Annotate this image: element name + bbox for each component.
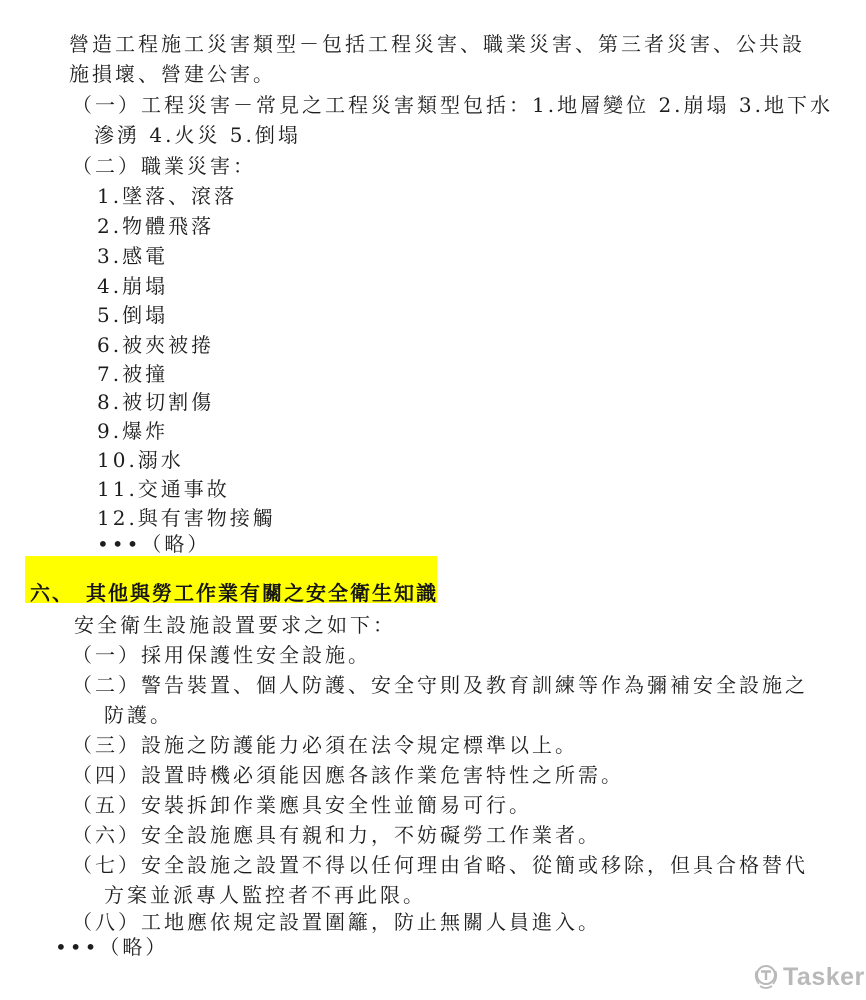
- intro-line-2: 施損壞、營建公害。: [69, 63, 276, 86]
- rule-line: （七）安全設施之設置不得以任何理由省略、從簡或移除，但具合格替代: [72, 854, 808, 877]
- highlighted-heading-block: 六、 其他與勞工作業有關之安全衛生知識: [25, 556, 437, 603]
- rule-line: （三）設施之防護能力必須在法令規定標準以上。: [72, 734, 578, 757]
- hazard-item: 1.墜落、滾落: [97, 185, 237, 208]
- document-page: 營造工程施工災害類型－包括工程災害、職業災害、第三者災害、公共設 施損壞、營建公…: [0, 0, 866, 1000]
- safety-facility-intro: 安全衛生設施設置要求之如下：: [74, 614, 396, 637]
- rule-line-continuation: 防護。: [104, 704, 173, 727]
- rule-line: （二）警告裝置、個人防護、安全守則及教育訓練等作為彌補安全設施之: [72, 674, 808, 697]
- hazard-item: 3.感電: [97, 245, 168, 268]
- occupational-disaster-label: （二）職業災害：: [72, 155, 256, 178]
- rule-line-continuation: 方案並派專人監控者不再此限。: [104, 884, 426, 907]
- tasker-watermark: Tasker: [751, 961, 865, 993]
- ellipsis-abbreviation: •••（略）: [97, 533, 210, 556]
- rule-line: （八）工地應依規定設置圍籬，防止無關人員進入。: [72, 911, 601, 934]
- hazard-item: 5.倒塌: [97, 304, 168, 327]
- hazard-item: 6.被夾被捲: [97, 334, 214, 357]
- rule-line: （六）安全設施應具有親和力，不妨礙勞工作業者。: [72, 824, 601, 847]
- ellipsis-abbreviation: •••（略）: [55, 936, 168, 959]
- hazard-item: 8.被切割傷: [97, 391, 214, 414]
- rule-line: （一）採用保護性安全設施。: [72, 644, 371, 667]
- hazard-item: 7.被撞: [97, 363, 168, 386]
- section-heading: 六、 其他與勞工作業有關之安全衛生知識: [30, 577, 437, 606]
- hazard-item: 11.交通事故: [97, 478, 230, 501]
- engineering-disaster-line-2: 滲湧 4.火災 5.倒塌: [94, 124, 301, 147]
- hazard-item: 10.溺水: [97, 449, 184, 472]
- rule-line: （四）設置時機必須能因應各該作業危害特性之所需。: [72, 764, 624, 787]
- hazard-item: 12.與有害物接觸: [97, 507, 276, 530]
- hazard-item: 9.爆炸: [97, 420, 168, 443]
- engineering-disaster-line-1: （一）工程災害－常見之工程災害類型包括：1.地層變位 2.崩塌 3.地下水: [72, 94, 833, 117]
- tasker-logo-icon: [751, 961, 781, 993]
- hazard-item: 2.物體飛落: [97, 215, 214, 238]
- intro-line-1: 營造工程施工災害類型－包括工程災害、職業災害、第三者災害、公共設: [69, 33, 805, 56]
- watermark-brand-text: Tasker: [783, 963, 865, 992]
- rule-line: （五）安裝拆卸作業應具安全性並簡易可行。: [72, 794, 532, 817]
- hazard-item: 4.崩塌: [97, 275, 168, 298]
